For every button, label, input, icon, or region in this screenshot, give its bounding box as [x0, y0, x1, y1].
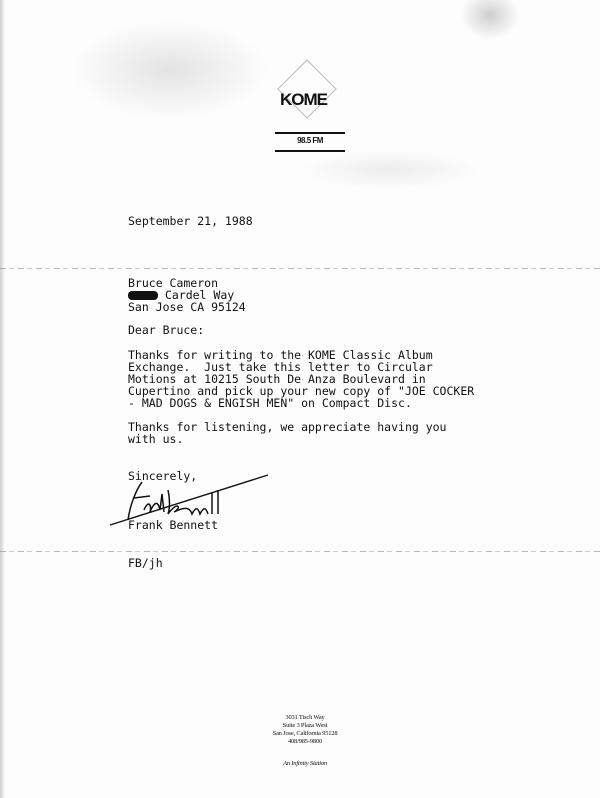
address-line: 3031 Tisch Way [240, 714, 370, 722]
smudge [460, 0, 520, 40]
body-line: with us. [128, 433, 183, 445]
salutation: Dear Bruce: [128, 324, 204, 336]
address-line: San Jose, California 95128 [240, 730, 370, 738]
redaction-mark [128, 291, 158, 300]
initials: FB/jh [128, 557, 163, 569]
station-frequency: 98.5 FM [275, 136, 345, 145]
signer-name: Frank Bennett [128, 519, 218, 531]
footer-address: 3031 Tisch Way Suite 3 Plaza West San Jo… [240, 714, 370, 746]
smudge [300, 150, 480, 190]
smudge [70, 20, 270, 120]
letter-page: KOME 98.5 FM September 21, 1988 Bruce Ca… [0, 0, 600, 798]
station-logo: KOME 98.5 FM [268, 62, 348, 156]
address-line: 408/985-9800 [240, 738, 370, 746]
left-edge-shadow [0, 0, 5, 798]
station-name: KOME [280, 90, 327, 110]
divider [275, 150, 345, 152]
letter-date: September 21, 1988 [128, 215, 253, 227]
footer-tagline: An Infinity Station [240, 760, 370, 768]
body-line: - MAD DOGS & ENGISH MEN" on Compact Disc… [128, 397, 412, 409]
divider [275, 132, 345, 134]
recipient-city: San Jose CA 95124 [128, 301, 246, 313]
fold-line [0, 551, 600, 552]
fold-line [0, 268, 600, 269]
address-line: Suite 3 Plaza West [240, 722, 370, 730]
